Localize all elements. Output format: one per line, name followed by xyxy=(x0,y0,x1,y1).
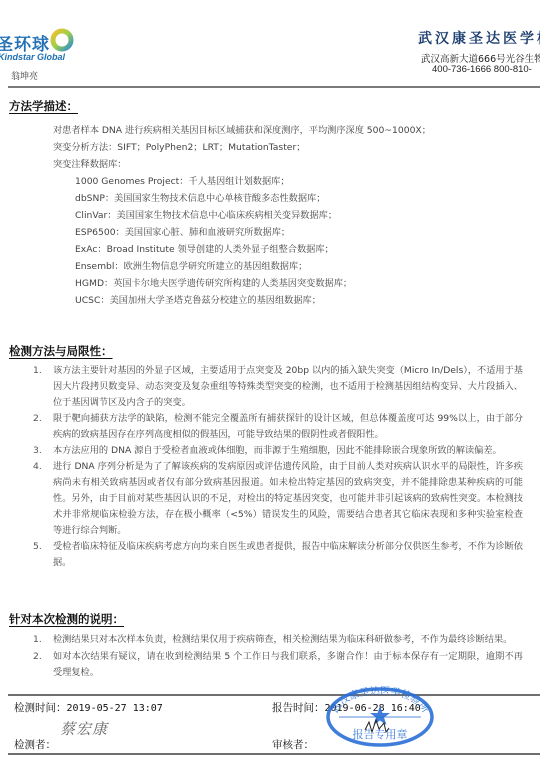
database-item: UCSC：美国加州大学圣塔克鲁兹分校建立的基因组数据库； xyxy=(75,294,321,307)
organization-name: 武汉康圣达医学检验 xyxy=(418,28,540,48)
footer-bottom-divider xyxy=(8,753,540,755)
database-item: Ensembl：欧洲生物信息学研究所建立的基因组数据库； xyxy=(75,260,307,273)
limitation-item: 本方法应用的 DNA 源自于受检者血液或体细胞，而非源于生殖细胞，因此不能排除嵌… xyxy=(53,443,523,459)
section-title-notes: 针对本次检测的说明： xyxy=(9,611,124,627)
limitation-item: 该方法主要针对基因的外显子区域，主要适用于点突变及 20bp 以内的插入缺失突变… xyxy=(53,363,523,411)
organization-phone: 400-736-1666 800-810- xyxy=(432,64,532,75)
list-number: 2. xyxy=(33,649,42,665)
reviewer-label: 审核者： xyxy=(272,737,314,752)
stamp-bottom-text: 报告专用章 xyxy=(353,727,408,741)
list-number: 2. xyxy=(33,411,42,427)
database-item: ClinVar：美国国家生物技术信息中心临床疾病相关变异数据库； xyxy=(75,209,337,222)
limitation-item: 限于靶向捕获方法学的缺陷，检测不能完全覆盖所有捕获探针的设计区域，但总体覆盖度可… xyxy=(53,411,523,443)
database-item: 1000 Genomes Project：千人基因组计划数据库； xyxy=(75,175,290,188)
database-item: ExAc：Broad Institute 领导创建的人类外显子组整合数据库； xyxy=(75,243,334,256)
methodology-line: 突变分析方法：SIFT；PolyPhen2；LRT；MutationTaster… xyxy=(53,141,305,154)
list-number: 3. xyxy=(33,443,42,459)
list-number: 1. xyxy=(33,363,42,379)
logo-english: Kindstar Global xyxy=(0,52,65,62)
methodology-line: 对患者样本 DNA 进行疾病相关基因目标区域捕获和深度测序，平均测序深度 500… xyxy=(53,124,431,137)
test-time-value: 2019-05-27 13:07 xyxy=(67,703,163,714)
test-time-field: 检测时间：2019-05-27 13:07 xyxy=(14,700,163,715)
note-item: 如对本次结果有疑议，请在收到检测结果 5 个工作日与我们联系，多谢合作！由于标本… xyxy=(53,649,523,681)
database-item: ESP6500：美国国家心脏、肺和血液研究所数据库； xyxy=(75,226,290,239)
methodology-line: 突变注释数据库： xyxy=(53,158,127,171)
section-title-methodology: 方法学描述： xyxy=(9,98,78,114)
section-title-limitations: 检测方法与局限性： xyxy=(9,343,113,359)
list-number: 5. xyxy=(33,539,42,555)
note-item: 检测结果只对本次样本负责，检测结果仅用于疾病筛查，相关检测结果为临床科研做参考，… xyxy=(53,632,523,648)
tester-signature: 蔡宏康 xyxy=(60,718,108,739)
database-item: HGMD：英国卡尔地夫医学遗传研究所构建的人类基因突变数据库； xyxy=(75,277,352,290)
logo-ring-icon xyxy=(49,27,75,53)
list-number: 4. xyxy=(33,459,42,475)
star-icon xyxy=(370,706,390,725)
list-number: 1. xyxy=(33,632,42,648)
footer-top-divider xyxy=(8,694,540,696)
limitation-item: 受检者临床特征及临床疾病考虑方向均来自医生或患者提供，报告中临床解读分析部分仅供… xyxy=(53,539,523,571)
limitation-item: 进行 DNA 序列分析是为了了解该疾病的发病原因或评估遗传风险，由于目前人类对疾… xyxy=(53,459,523,539)
tester-label: 检测者： xyxy=(14,737,56,752)
database-item: dbSNP：美国国家生物技术信息中心单核苷酸多态性数据库； xyxy=(75,192,325,205)
header-divider xyxy=(8,86,540,88)
official-stamp: 武汉康圣达医学检验所 报告专用章 xyxy=(325,686,435,748)
organization-address: 武汉高新大道666号光谷生物城 xyxy=(421,51,540,65)
author-name: 翁坤亮 xyxy=(11,69,38,82)
test-time-label: 检测时间： xyxy=(14,702,67,714)
report-time-label: 报告时间： xyxy=(272,702,325,714)
